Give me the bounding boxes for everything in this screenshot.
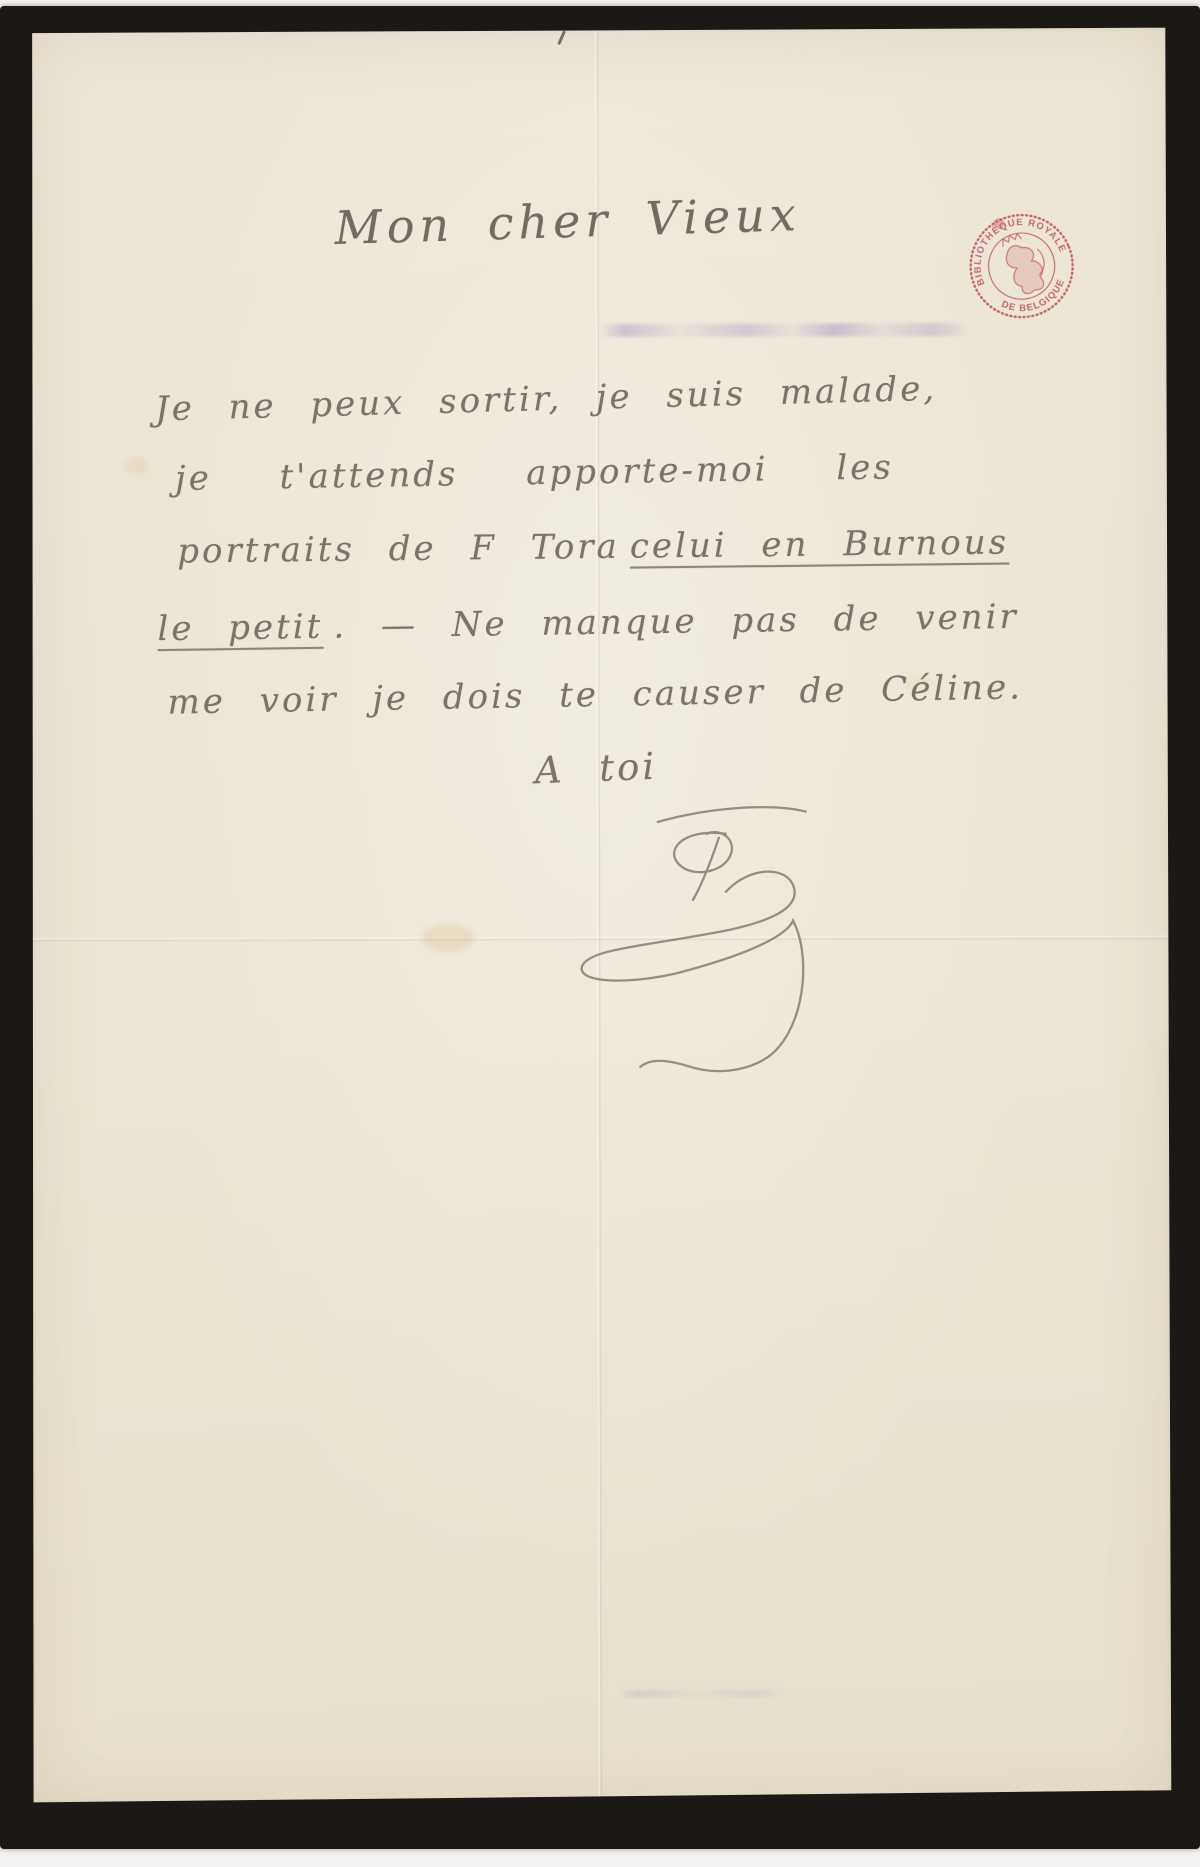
pencil-tick-mark <box>557 30 565 45</box>
emblem-crown <box>1000 232 1022 247</box>
violet-ink-smudge <box>618 1690 788 1698</box>
letter-body-line: me voir je dois te causer de Céline. <box>167 670 1023 719</box>
paper-stain <box>125 457 149 475</box>
letter-body-line: je t'attends apporte-moi les <box>175 450 894 496</box>
letter-body-line: Je ne peux sortir, je suis malade, <box>155 372 938 427</box>
letter-body-line: le petit. — Ne manque pas de venir <box>157 600 1019 646</box>
underlined-phrase: celui en Burnous <box>630 523 1010 567</box>
letter-salutation: Mon cher Vieux <box>334 191 801 251</box>
letter-closing: A toi <box>534 748 658 790</box>
scan-black-border: Mon cher Vieux Je ne peux sortir, je sui… <box>0 6 1200 1849</box>
letter-paper: Mon cher Vieux Je ne peux sortir, je sui… <box>28 27 1172 1804</box>
letter-text-segment: portraits de F Tora <box>177 527 620 572</box>
letter-body-line: portraits de F Toracelui en Burnous <box>177 526 1009 569</box>
signature-f-initial <box>674 832 732 900</box>
violet-ink-smudge <box>599 323 971 337</box>
emblem-lion-body <box>1002 239 1049 297</box>
underlined-phrase: le petit <box>157 607 323 649</box>
signature-flourish <box>430 790 811 1091</box>
signature-z-flourish <box>581 872 803 1072</box>
letter-text-segment: . — Ne manque pas de venir <box>333 597 1019 647</box>
library-stamp: BIBLIOTHÈQUE ROYALE DE BELGIQUE <box>947 192 1096 341</box>
signature-top-stroke <box>658 807 806 822</box>
